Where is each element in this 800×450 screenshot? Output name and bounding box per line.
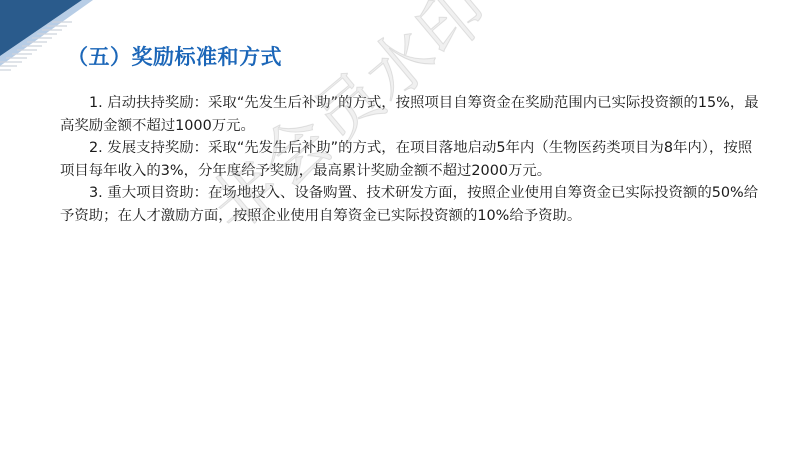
paragraph-development-reward: 2. 发展支持奖励：采取“先发生后补助”的方式，在项目落地启动5年内（生物医药类… (60, 137, 760, 182)
slide-title: （五）奖励标准和方式 (67, 41, 282, 71)
paragraph-major-project-funding: 3. 重大项目资助：在场地投入、设备购置、技术研发方面，按照企业使用自筹资金已实… (60, 182, 760, 227)
paragraph-startup-reward: 1. 启动扶持奖励：采取“先发生后补助”的方式，按照项目自筹资金在奖励范围内已实… (60, 92, 760, 137)
body-text: 1. 启动扶持奖励：采取“先发生后补助”的方式，按照项目自筹资金在奖励范围内已实… (60, 92, 760, 227)
